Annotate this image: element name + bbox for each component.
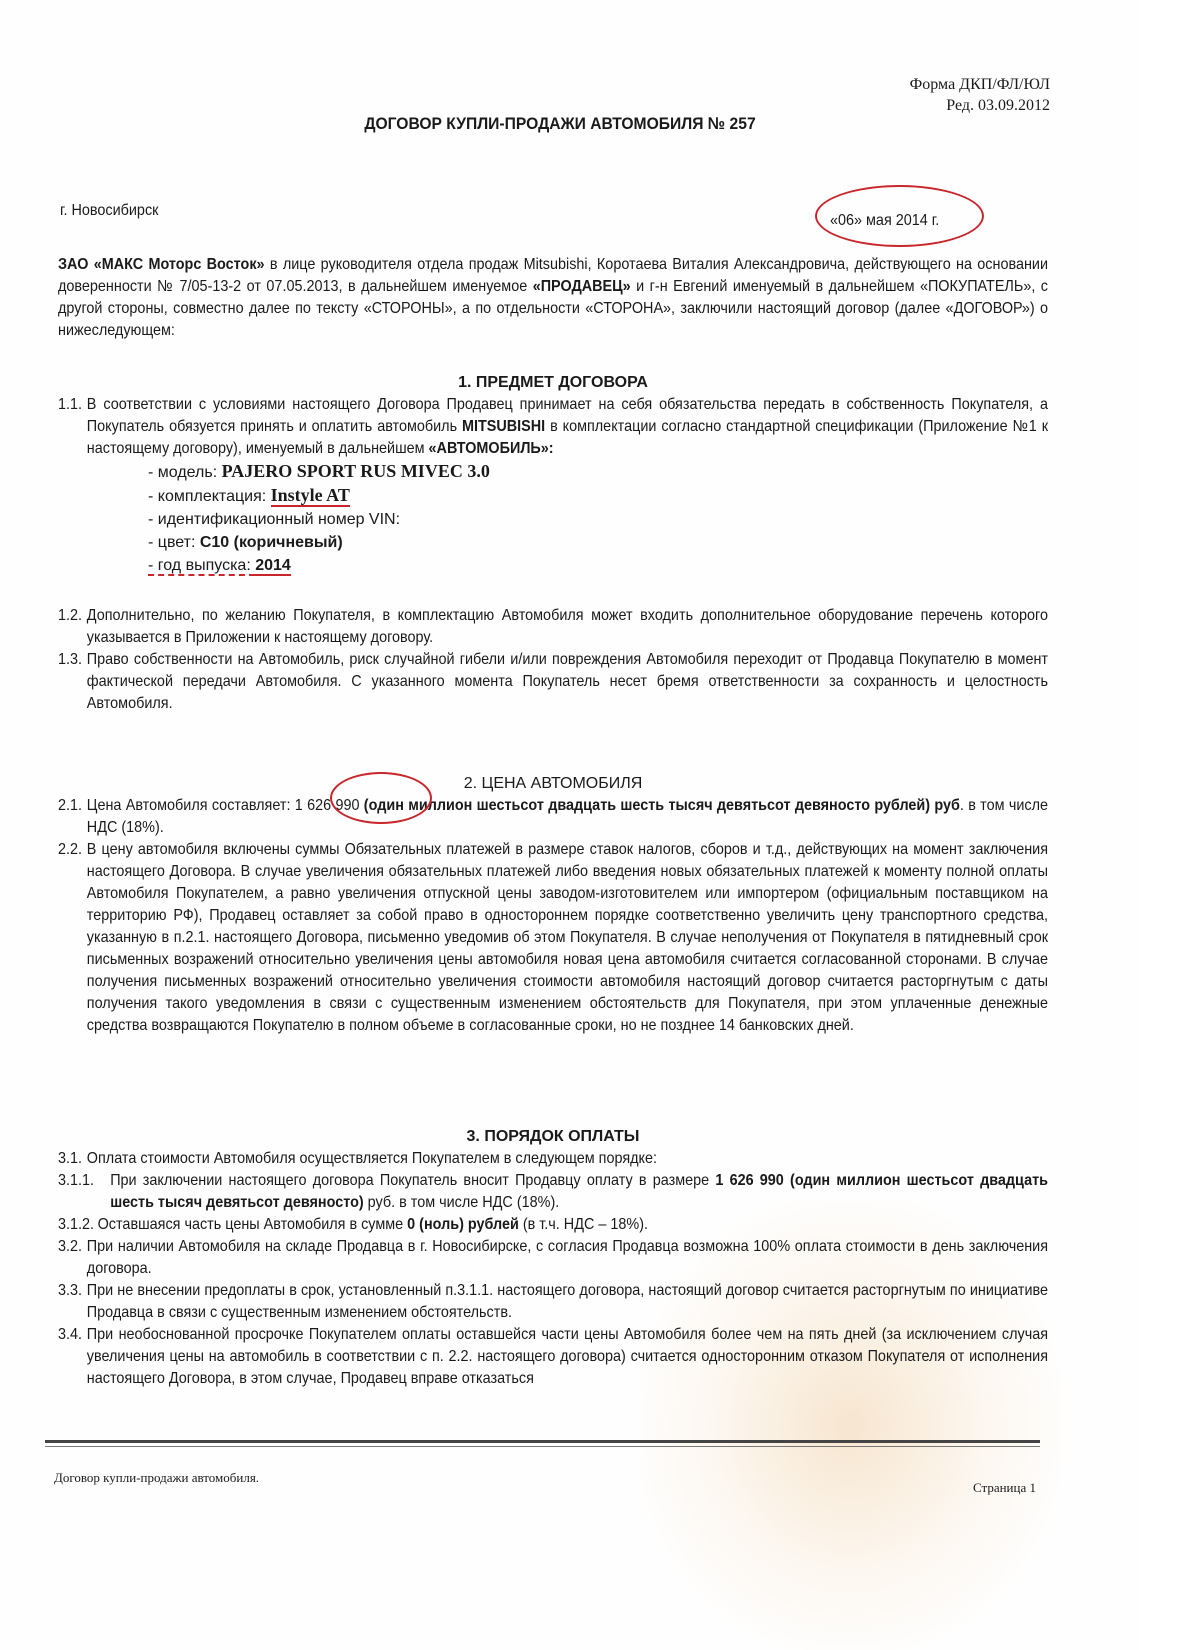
- footer-document-name: Договор купли-продажи автомобиля.: [54, 1470, 259, 1486]
- form-revision: Ред. 03.09.2012: [910, 95, 1050, 116]
- footer-page-number: Страница 1: [973, 1480, 1036, 1496]
- spec-year: - год выпуска: 2014: [148, 554, 1048, 577]
- clause-3-2: 3.2. При наличии Автомобиля на складе Пр…: [58, 1236, 1048, 1280]
- preamble: ЗАО «МАКС Моторс Восток» в лице руководи…: [58, 254, 1048, 342]
- price-red-circle: [330, 772, 432, 824]
- clause-text: В соответствии с условиями настоящего До…: [87, 394, 1048, 460]
- date-red-circle: [815, 185, 984, 247]
- clause-2-1: 2.1. Цена Автомобиля составляет: 1 626 9…: [58, 795, 1048, 839]
- document-page: Форма ДКП/ФЛ/ЮЛ Ред. 03.09.2012 ДОГОВОР …: [0, 0, 1140, 1650]
- clause-1-3: 1.3. Право собственности на Автомобиль, …: [58, 649, 1048, 715]
- seller-name: ЗАО «МАКС Моторс Восток»: [58, 256, 265, 273]
- contract-city: г. Новосибирск: [60, 202, 158, 220]
- clause-3-1-1: 3.1.1. При заключении настоящего договор…: [58, 1170, 1048, 1214]
- footer-divider-thin: [45, 1446, 1040, 1447]
- clause-1-1: 1.1. В соответствии с условиями настояще…: [58, 394, 1048, 460]
- brand-name: MITSUBISHI: [462, 418, 545, 435]
- section-1: 1. ПРЕДМЕТ ДОГОВОРА 1.1. В соответствии …: [58, 372, 1048, 715]
- clause-3-3: 3.3. При не внесении предоплаты в срок, …: [58, 1280, 1048, 1324]
- section-2: 2. ЦЕНА АВТОМОБИЛЯ 2.1. Цена Автомобиля …: [58, 773, 1048, 1037]
- clause-3-1-2: 3.1.2. Оставшаяся часть цены Автомобиля …: [58, 1214, 1048, 1236]
- clause-2-2: 2.2. В цену автомобиля включены суммы Об…: [58, 839, 1048, 1037]
- clause-number: 1.1.: [58, 394, 87, 460]
- form-identifier: Форма ДКП/ФЛ/ЮЛ Ред. 03.09.2012: [910, 74, 1050, 116]
- section-1-heading: 1. ПРЕДМЕТ ДОГОВОРА: [58, 372, 1048, 394]
- section-3-heading: 3. ПОРЯДОК ОПЛАТЫ: [58, 1126, 1048, 1148]
- seller-label: «ПРОДАВЕЦ»: [533, 278, 631, 295]
- clause-3-4: 3.4. При необоснованной просрочке Покупа…: [58, 1324, 1048, 1390]
- footer-divider: [45, 1440, 1040, 1443]
- document-title: ДОГОВОР КУПЛИ-ПРОДАЖИ АВТОМОБИЛЯ № 257: [45, 114, 1075, 134]
- section-2-heading: 2. ЦЕНА АВТОМОБИЛЯ: [58, 773, 1048, 795]
- spec-trim: - комплектация: Instyle AT: [148, 484, 1048, 508]
- clause-1-2: 1.2. Дополнительно, по желанию Покупател…: [58, 605, 1048, 649]
- form-code: Форма ДКП/ФЛ/ЮЛ: [910, 74, 1050, 95]
- spec-color: - цвет: C10 (коричневый): [148, 531, 1048, 554]
- section-3: 3. ПОРЯДОК ОПЛАТЫ 3.1. Оплата стоимости …: [58, 1126, 1048, 1390]
- spec-vin: - идентификационный номер VIN:: [148, 508, 1048, 531]
- clause-3-1: 3.1. Оплата стоимости Автомобиля осущест…: [58, 1148, 1048, 1170]
- spec-model: - модель: PAJERO SPORT RUS MIVEC 3.0: [148, 460, 1048, 484]
- vehicle-spec: - модель: PAJERO SPORT RUS MIVEC 3.0 - к…: [58, 460, 1048, 577]
